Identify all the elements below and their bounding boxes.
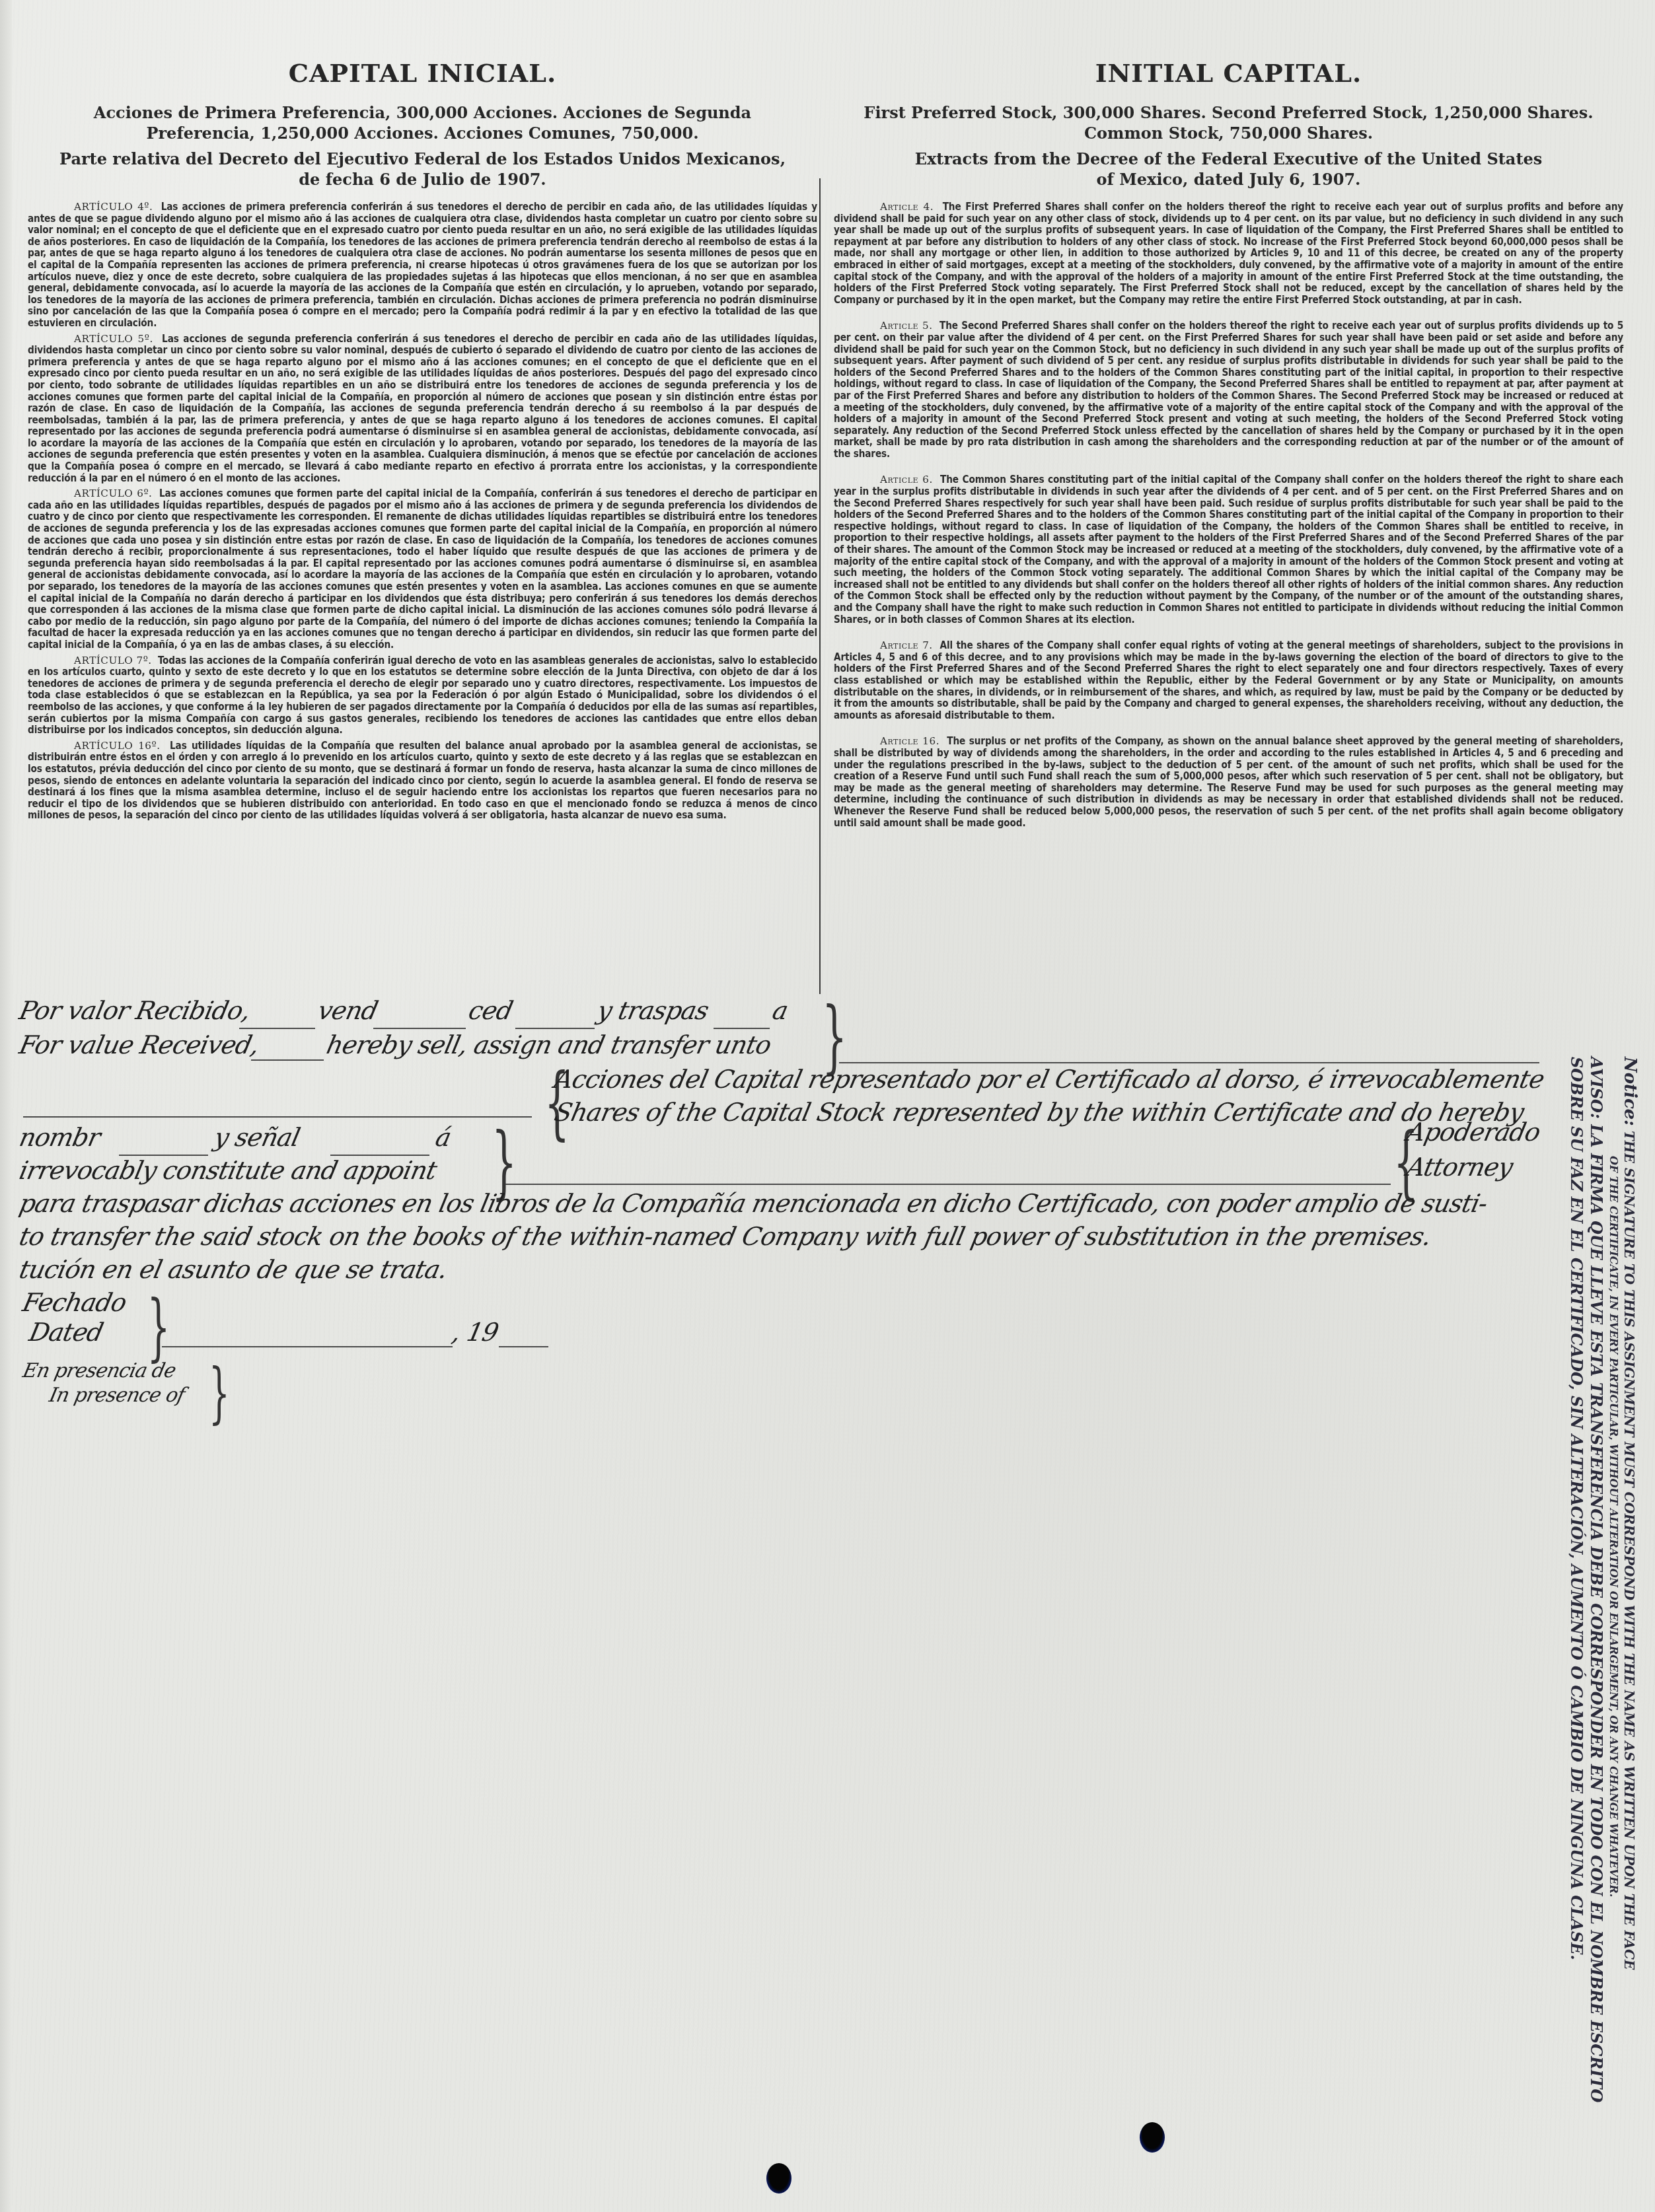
year-field[interactable] [499, 1346, 548, 1347]
english-article-16: Article 16. The surplus or net profits o… [834, 736, 1623, 829]
en-attorney-label: Attorney [1404, 1153, 1515, 1182]
english-shares-line-1: First Preferred Stock, 300,000 Shares. S… [854, 102, 1603, 123]
brace-presence: } [209, 1354, 230, 1431]
es-dated-label: Fechado [20, 1288, 129, 1317]
es-value-received-label: Por valor Recibido, [17, 996, 252, 1025]
article-text: The Second Preferred Shares shall confer… [834, 320, 1623, 460]
column-divider [819, 178, 821, 994]
spanish-decree-line-2: de fecha 6 de Julio de 1907. [41, 169, 804, 190]
brace-dated: } [147, 1285, 170, 1369]
es-traspas-label: y traspas [595, 996, 711, 1025]
spanish-article-4: ARTÍCULO 4º. Las acciones de primera pre… [28, 201, 817, 330]
en-value-received-label: For value Received, [17, 1030, 261, 1059]
en-transfer-line: to transfer the said stock on the books … [17, 1222, 1434, 1251]
notice-label: Notice: [1620, 1057, 1640, 1126]
article-label: Article 5. [834, 320, 932, 332]
es-senal-label: y señal [211, 1123, 302, 1152]
spanish-title: CAPITAL INICIAL. [28, 58, 817, 88]
spanish-decree-line-1: Parte relativa del Decreto del Ejecutivo… [41, 149, 804, 169]
english-decree-line-1: Extracts from the Decree of the Federal … [847, 149, 1610, 169]
article-label: Article 6. [834, 474, 933, 485]
es-nombr-label: nombr [17, 1123, 102, 1152]
english-column: INITIAL CAPITAL. First Preferred Stock, … [834, 53, 1623, 843]
article-text: Las acciones comunes que formen parte de… [28, 487, 817, 651]
article-text: The surplus or net profits of the Compan… [834, 735, 1623, 828]
en-dated-label: Dated [26, 1318, 106, 1347]
article-text: The First Preferred Shares shall confer … [834, 201, 1623, 306]
article-text: The Common Shares constituting part of t… [834, 474, 1623, 625]
english-shares-line-2: Common Stock, 750,000 Shares. [854, 123, 1603, 143]
es-a2-label: á [433, 1123, 453, 1152]
es-vend-label: vend [315, 996, 380, 1025]
spanish-article-16: ARTÍCULO 16º. Las utilidades líquidas de… [28, 740, 817, 822]
es-ced-label: ced [466, 996, 515, 1025]
punch-hole-left [766, 2163, 791, 2194]
notice-en-line-1: Notice: THE SIGNATURE TO THIS ASSIGNMENT… [1621, 1057, 1638, 1869]
article-label: ARTÍCULO 16º. [28, 740, 161, 752]
es-presence-label: En presencia de [20, 1359, 178, 1382]
notice-es-line-2: SOBRE SU FAZ EN EL CERTIFICADO, SIN ALTE… [1566, 1057, 1586, 1869]
ced-blank[interactable] [515, 1028, 595, 1029]
date-field[interactable] [162, 1346, 453, 1347]
english-decree-heading: Extracts from the Decree of the Federal … [847, 149, 1610, 190]
en-shares-line: Shares of the Capital Stock represented … [552, 1098, 1526, 1127]
spanish-article-6: ARTÍCULO 6º. Las acciones comunes que fo… [28, 488, 817, 651]
article-label: Article 7. [834, 639, 933, 651]
article-text: Las acciones de segunda preferencia conf… [28, 333, 817, 484]
english-title: INITIAL CAPITAL. [834, 58, 1623, 88]
english-article-7: Article 7. All the shares of the Company… [834, 640, 1623, 721]
spanish-shares-line-2: Preferencia, 1,250,000 Acciones. Accione… [48, 123, 797, 143]
notice-en-line-2: OF THE CERTIFICATE, IN EVERY PARTICULAR,… [1606, 1057, 1621, 1869]
article-text: Todas las acciones de la Compañía confer… [28, 655, 817, 736]
article-text: All the shares of the Company shall conf… [834, 639, 1623, 721]
es-a-label: a [770, 996, 790, 1025]
notice-en-text-1: THE SIGNATURE TO THIS ASSIGNMENT MUST CO… [1621, 1131, 1637, 1970]
spanish-article-5: ARTÍCULO 5º. Las acciones de segunda pre… [28, 334, 817, 485]
es-shares-line: Acciones del Capital representado por el… [552, 1065, 1547, 1094]
english-article-6: Article 6. The Common Shares constitutin… [834, 474, 1623, 625]
es-apoderado-label: Apoderado [1404, 1118, 1543, 1147]
spanish-column: CAPITAL INICIAL. Acciones de Primera Pre… [28, 53, 817, 826]
english-decree-line-2: of Mexico, dated July 6, 1907. [847, 169, 1610, 190]
article-text: Las acciones de primera preferencia conf… [28, 201, 817, 329]
en-presence-label: In presence of [47, 1384, 186, 1407]
side-notice: Notice: THE SIGNATURE TO THIS ASSIGNMENT… [1566, 1057, 1638, 1869]
shares-quantity-field[interactable] [23, 1116, 532, 1118]
es-transfer-line-2: tución en el asunto de que se trata. [17, 1255, 449, 1284]
article-text: Las utilidades líquidas de la Compañía q… [28, 740, 817, 822]
recipient-name-field[interactable] [839, 1062, 1539, 1063]
spanish-decree-heading: Parte relativa del Decreto del Ejecutivo… [41, 149, 804, 190]
article-label: Article 4. [834, 201, 934, 213]
seller-blank-es[interactable] [239, 1028, 315, 1029]
notice-es-line-1: AVISO: LA FIRMA QUE LLEVE ESTA TRANSFERE… [1586, 1057, 1606, 1869]
vend-blank[interactable] [373, 1028, 466, 1029]
en-constitute-label: irrevocably constitute and appoint [17, 1156, 439, 1185]
paper-edge-shadow [0, 0, 12, 2212]
spanish-shares-summary: Acciones de Primera Preferencia, 300,000… [48, 102, 797, 143]
article-label: ARTÍCULO 5º. [28, 333, 153, 345]
article-label: ARTÍCULO 7º. [28, 655, 152, 666]
spanish-article-7: ARTÍCULO 7º. Todas las acciones de la Co… [28, 655, 817, 736]
punch-hole-right [1140, 2122, 1165, 2153]
spanish-shares-line-1: Acciones de Primera Preferencia, 300,000… [48, 102, 797, 123]
article-label: Article 16. [834, 735, 939, 747]
witness-signature-area[interactable] [228, 1361, 624, 1413]
english-article-5: Article 5. The Second Preferred Shares s… [834, 320, 1623, 460]
article-label: ARTÍCULO 4º. [28, 201, 153, 213]
es-transfer-line-1: para traspasar dichas acciones en los li… [17, 1189, 1490, 1218]
seller-blank-en[interactable] [251, 1059, 324, 1061]
attorney-name-field[interactable] [505, 1184, 1391, 1185]
traspas-blank[interactable] [714, 1028, 770, 1029]
english-shares-summary: First Preferred Stock, 300,000 Shares. S… [854, 102, 1603, 143]
year-prefix: , 19 [449, 1318, 501, 1347]
en-sell-assign-label: hereby sell, assign and transfer unto [324, 1030, 773, 1059]
english-article-4: Article 4. The First Preferred Shares sh… [834, 201, 1623, 306]
article-label: ARTÍCULO 6º. [28, 487, 152, 499]
